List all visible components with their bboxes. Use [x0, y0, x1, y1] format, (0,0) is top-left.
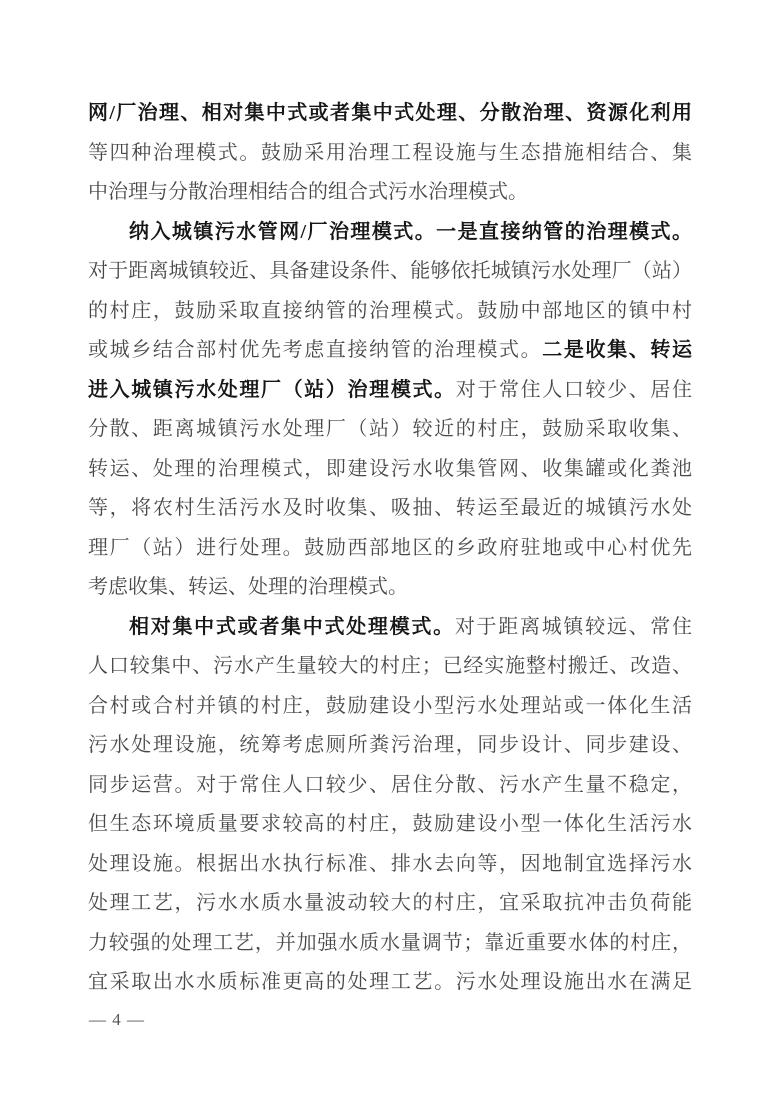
body-text: 但生态环境质量要求较高的村庄，鼓励建设小型一体化生活污水: [88, 813, 692, 835]
text-line: 同步运营。对于常住人口较少、居住分散、污水产生量不稳定，: [88, 766, 692, 806]
document-page: 网/厂治理、相对集中式或者集中式处理、分散治理、资源化利用等四种治理模式。鼓励采…: [0, 0, 779, 1104]
text-line: 进入城镇污水处理厂（站）治理模式。对于常住人口较少、居住: [88, 371, 692, 411]
body-text: 对于距离城镇较近、具备建设条件、能够依托城镇污水处理厂（站）: [88, 260, 692, 282]
document-body: 网/厂治理、相对集中式或者集中式处理、分散治理、资源化利用等四种治理模式。鼓励采…: [88, 94, 692, 1003]
body-text: 人口较集中、污水产生量较大的村庄；已经实施整村搬迁、改造、: [88, 655, 692, 677]
body-text: 同步运营。对于常住人口较少、居住分散、污水产生量不稳定，: [88, 774, 692, 796]
text-line: 网/厂治理、相对集中式或者集中式处理、分散治理、资源化利用: [88, 94, 692, 134]
emphasis-text: 进入城镇污水处理厂（站）治理模式。: [88, 379, 456, 401]
text-line: 或城乡结合部村优先考虑直接纳管的治理模式。二是收集、转运: [88, 331, 692, 371]
body-text: 分散、距离城镇污水处理厂（站）较近的村庄，鼓励采取收集、: [88, 418, 692, 440]
body-text: 理厂（站）进行处理。鼓励西部地区的乡政府驻地或中心村优先: [88, 537, 692, 559]
body-text: 对于距离城镇较远、常住: [455, 616, 692, 638]
body-text: 合村或合村并镇的村庄，鼓励建设小型污水处理站或一体化生活: [88, 695, 692, 717]
text-line: 等，将农村生活污水及时收集、吸抽、转运至最近的城镇污水处: [88, 489, 692, 529]
text-line: 的村庄，鼓励采取直接纳管的治理模式。鼓励中部地区的镇中村: [88, 292, 692, 332]
body-text: 力较强的处理工艺，并加强水质水量调节；靠近重要水体的村庄，: [88, 932, 692, 954]
body-text: 转运、处理的治理模式，即建设污水收集管网、收集罐或化粪池: [88, 458, 692, 480]
body-text: 考虑收集、转运、处理的治理模式。: [88, 576, 408, 598]
text-line: 但生态环境质量要求较高的村庄，鼓励建设小型一体化生活污水: [88, 805, 692, 845]
text-line: 中治理与分散治理相结合的组合式污水治理模式。: [88, 173, 692, 213]
text-line: 处理工艺，污水水质水量波动较大的村庄，宜采取抗冲击负荷能: [88, 884, 692, 924]
text-line: 纳入城镇污水管网/厂治理模式。一是直接纳管的治理模式。: [88, 213, 692, 253]
emphasis-text: 网/厂治理、相对集中式或者集中式处理、分散治理、资源化利用: [88, 102, 692, 124]
text-line: 力较强的处理工艺，并加强水质水量调节；靠近重要水体的村庄，: [88, 924, 692, 964]
emphasis-text: 纳入城镇污水管网/厂治理模式。一是直接纳管的治理模式。: [129, 221, 692, 243]
text-line: 合村或合村并镇的村庄，鼓励建设小型污水处理站或一体化生活: [88, 687, 692, 727]
page-number: — 4 —: [89, 1008, 145, 1032]
text-line: 处理设施。根据出水执行标准、排水去向等，因地制宜选择污水: [88, 845, 692, 885]
body-text: 处理设施。根据出水执行标准、排水去向等，因地制宜选择污水: [88, 853, 692, 875]
text-line: 分散、距离城镇污水处理厂（站）较近的村庄，鼓励采取收集、: [88, 410, 692, 450]
body-text: 等四种治理模式。鼓励采用治理工程设施与生态措施相结合、集: [88, 142, 692, 164]
emphasis-text: 相对集中式或者集中式处理模式。: [129, 616, 455, 638]
text-line: 理厂（站）进行处理。鼓励西部地区的乡政府驻地或中心村优先: [88, 529, 692, 569]
text-line: 相对集中式或者集中式处理模式。对于距离城镇较远、常住: [88, 608, 692, 648]
body-text: 污水处理设施，统筹考虑厕所粪污治理，同步设计、同步建设、: [88, 734, 692, 756]
text-line: 人口较集中、污水产生量较大的村庄；已经实施整村搬迁、改造、: [88, 647, 692, 687]
body-text: 或城乡结合部村优先考虑直接纳管的治理模式。: [88, 339, 542, 361]
body-text: 对于常住人口较少、居住: [456, 379, 692, 401]
body-text: 宜采取出水水质标准更高的处理工艺。污水处理设施出水在满足: [88, 971, 692, 993]
emphasis-text: 二是收集、转运: [542, 339, 692, 361]
body-text: 等，将农村生活污水及时收集、吸抽、转运至最近的城镇污水处: [88, 497, 692, 519]
text-line: 对于距离城镇较近、具备建设条件、能够依托城镇污水处理厂（站）: [88, 252, 692, 292]
body-text: 中治理与分散治理相结合的组合式污水治理模式。: [88, 181, 528, 203]
text-line: 污水处理设施，统筹考虑厕所粪污治理，同步设计、同步建设、: [88, 726, 692, 766]
text-line: 考虑收集、转运、处理的治理模式。: [88, 568, 692, 608]
body-text: 的村庄，鼓励采取直接纳管的治理模式。鼓励中部地区的镇中村: [88, 300, 692, 322]
text-line: 等四种治理模式。鼓励采用治理工程设施与生态措施相结合、集: [88, 134, 692, 174]
body-text: 处理工艺，污水水质水量波动较大的村庄，宜采取抗冲击负荷能: [88, 892, 692, 914]
text-line: 宜采取出水水质标准更高的处理工艺。污水处理设施出水在满足: [88, 963, 692, 1003]
text-line: 转运、处理的治理模式，即建设污水收集管网、收集罐或化粪池: [88, 450, 692, 490]
